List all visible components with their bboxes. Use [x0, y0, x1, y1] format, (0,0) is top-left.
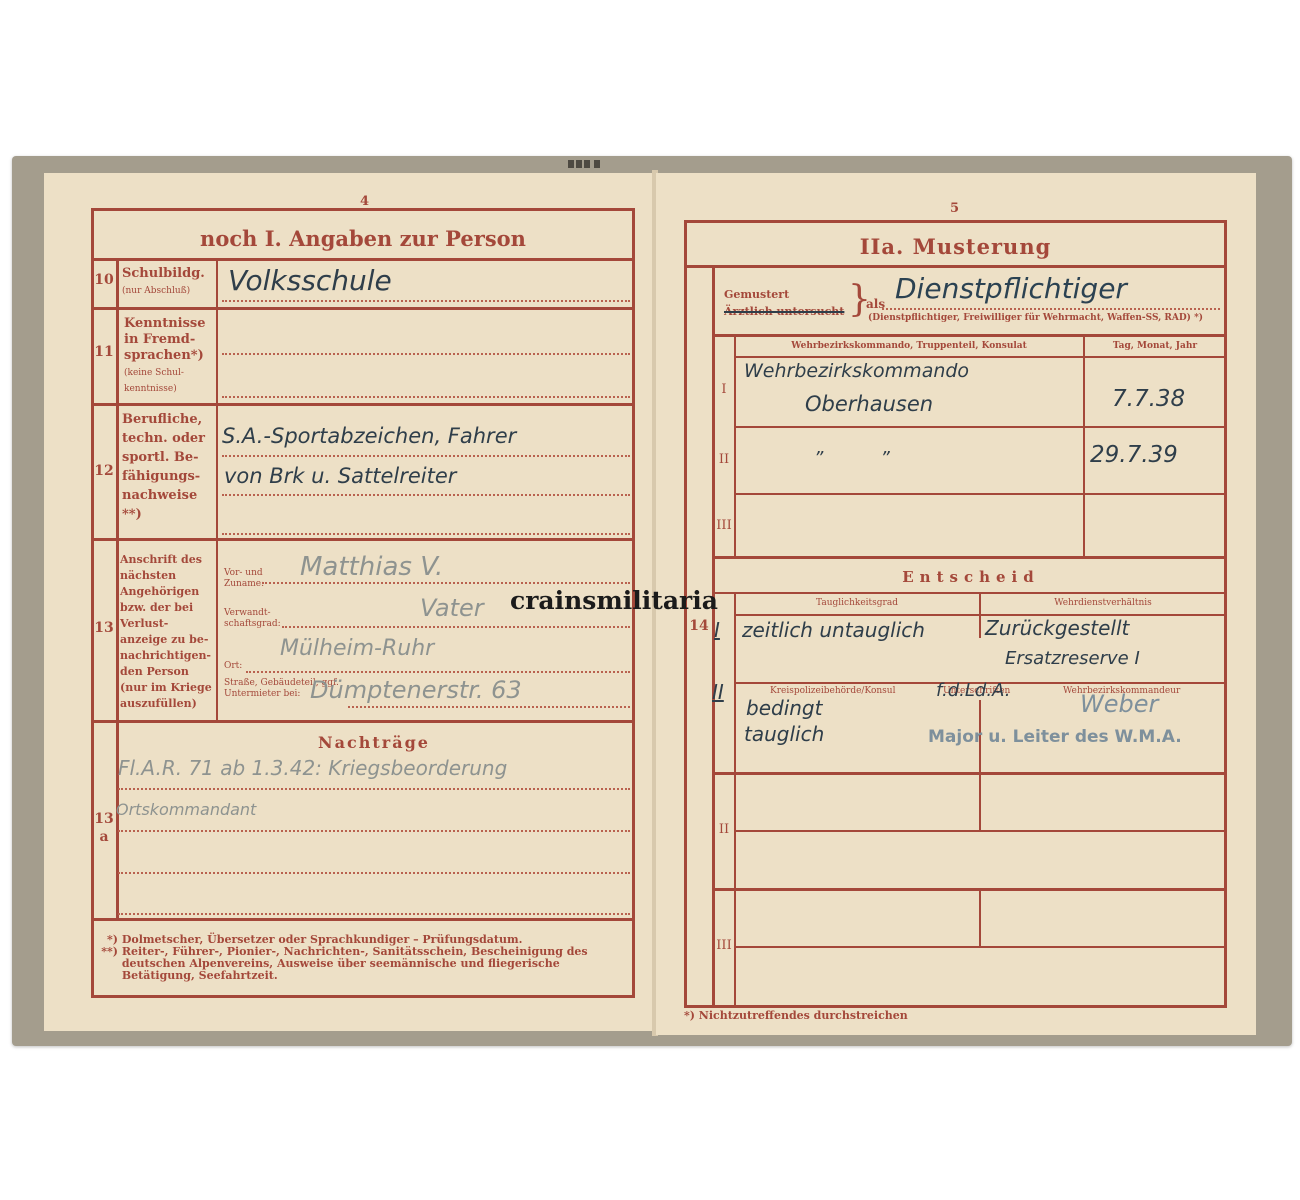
binding-stitch	[576, 160, 582, 168]
handwritten-value: Zurückgestellt	[985, 616, 1129, 640]
dotted-line	[222, 494, 630, 496]
handwritten-value: Matthias V.	[300, 552, 443, 582]
divider	[91, 720, 635, 723]
binding-stitch	[568, 160, 574, 168]
footnote: *) Dolmetscher, Übersetzer oder Sprachku…	[98, 934, 628, 982]
row-roman: III	[712, 938, 736, 953]
divider	[734, 493, 1227, 495]
row-roman-handwritten: I	[714, 618, 720, 642]
row-number: 14	[688, 618, 710, 634]
divider	[91, 538, 635, 541]
dotted-line	[282, 626, 630, 628]
divider	[712, 556, 1227, 559]
label-subtext: (nur Abschluß)	[122, 286, 190, 296]
handwritten-value: tauglich	[744, 722, 824, 746]
row-roman-handwritten: II	[712, 680, 724, 704]
divider	[979, 772, 981, 830]
gemustert-label: Gemustert	[724, 287, 789, 303]
divider	[734, 830, 1227, 832]
divider	[712, 592, 1227, 594]
handwritten-value: von Brk u. Sattelreiter	[224, 464, 456, 488]
footnote-mark: **)	[98, 946, 118, 982]
divider	[712, 888, 1227, 891]
row-roman: II	[714, 822, 734, 837]
row-number: 13 a	[93, 810, 115, 846]
column-header: Tag, Monat, Jahr	[1085, 341, 1225, 352]
row-number: 11	[93, 344, 115, 360]
row-number: 13	[93, 620, 115, 636]
handwritten-value: Ortskommandant	[116, 800, 256, 819]
handwritten-value: Fl.A.R. 71 ab 1.3.42: Kriegsbeorderung	[118, 756, 507, 780]
column-header: Tauglichkeitsgrad	[736, 598, 978, 609]
page-number: 4	[360, 194, 369, 209]
column-header: Wehrbezirkskommando, Truppenteil, Konsul…	[736, 341, 1082, 352]
dotted-line	[118, 872, 630, 874]
section-title: IIa. Musterung	[687, 234, 1224, 259]
row-label: Schulbildg. (nur Abschluß)	[122, 266, 214, 298]
section-title: noch I. Angaben zur Person	[94, 226, 632, 251]
divider	[734, 946, 1227, 948]
binding-stitch	[584, 160, 590, 168]
divider	[712, 334, 1227, 337]
handwritten-value: Dümptenerstr. 63	[310, 676, 522, 704]
row-label: Berufliche, techn. oder sportl. Be- fähi…	[122, 410, 214, 524]
row-number: 12	[93, 463, 115, 479]
handwritten-value: Mülheim-Ruhr	[280, 636, 434, 661]
divider	[216, 258, 218, 722]
handwritten-value: Ersatzreserve I	[1005, 648, 1140, 669]
date-value: 7.7.38	[1112, 386, 1185, 412]
divider	[979, 888, 981, 946]
dotted-line	[118, 913, 630, 915]
divider	[91, 918, 635, 921]
dotted-line	[222, 533, 630, 535]
dotted-line	[118, 788, 630, 790]
dotted-line	[348, 706, 630, 708]
divider	[712, 772, 1227, 775]
official-stamp: Major u. Leiter des W.M.A.	[928, 727, 1182, 747]
date-value: 29.7.39	[1090, 442, 1178, 468]
dotted-line	[246, 671, 630, 673]
dotted-line	[222, 396, 630, 398]
dotted-line	[222, 455, 630, 457]
field-label: Verwandt- schaftsgrad:	[224, 608, 284, 630]
handwritten-value: Vater	[420, 594, 484, 622]
als-hint: (Dienstpflichtiger, Freiwilliger für Weh…	[868, 313, 1203, 324]
divider	[1083, 334, 1085, 557]
divider	[734, 334, 736, 557]
divider	[91, 403, 635, 406]
handwritten-value: bedingt	[746, 696, 822, 720]
handwritten-value: Oberhausen	[805, 392, 933, 416]
divider	[734, 426, 1227, 428]
column-header: Wehrdienstverhältnis	[981, 598, 1225, 609]
divider	[734, 356, 1227, 358]
struck-label: Ärztlich untersucht	[724, 304, 844, 320]
field-label: Vor- und Zuname:	[224, 568, 274, 590]
field-label: Ort:	[224, 661, 242, 672]
row-roman: II	[714, 452, 734, 467]
label-subtext: (keine Schul- kenntnisse)	[124, 368, 184, 394]
binding-stitch	[594, 160, 600, 168]
row-label: Anschrift des nächsten Angehörigen bzw. …	[120, 552, 216, 712]
sign-prefix: f.d.Ld.A.	[936, 680, 1010, 701]
handwritten-value: Wehrbezirkskommando	[744, 360, 969, 382]
handwritten-value: S.A.-Sportabzeichen, Fahrer	[222, 424, 516, 448]
page-number: 5	[950, 201, 959, 216]
entscheid-title: Entscheid	[715, 568, 1227, 586]
divider	[91, 307, 635, 310]
divider	[116, 258, 119, 918]
dotted-line	[222, 353, 630, 355]
row-roman: I	[714, 382, 734, 397]
ditto-marks: ” ”	[814, 448, 890, 469]
divider	[734, 614, 1227, 616]
signature: Weber	[1080, 690, 1158, 718]
label-text: Schulbildg.	[122, 266, 205, 281]
row-label: Kenntnisse in Fremd- sprachen*) (keine S…	[124, 316, 216, 396]
dotted-line	[882, 308, 1220, 310]
footnote: *) Nichtzutreffendes durchstreichen	[684, 1010, 908, 1022]
dotted-line	[118, 830, 630, 832]
divider	[684, 265, 1227, 268]
handwritten-value: Volksschule	[228, 264, 392, 297]
footnote-text: Reiter-, Führer-, Pionier-, Nachrichten-…	[122, 946, 628, 982]
nachtraege-title: Nachträge	[116, 733, 632, 752]
row-roman: III	[714, 518, 734, 533]
handwritten-value: Dienstpflichtiger	[895, 272, 1127, 305]
row-number: 10	[93, 272, 115, 288]
handwritten-value: zeitlich untauglich	[742, 618, 925, 642]
watermark-text: crainsmilitaria	[510, 586, 718, 615]
dotted-line	[222, 300, 630, 302]
divider	[91, 258, 635, 261]
label-text: Kenntnisse in Fremd- sprachen*)	[124, 316, 206, 363]
dotted-line	[262, 582, 630, 584]
